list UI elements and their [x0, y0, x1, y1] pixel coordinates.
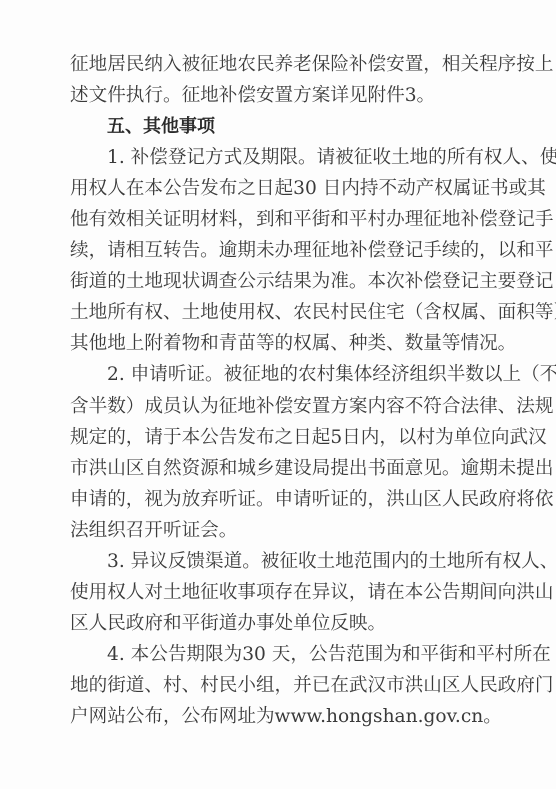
text-line: 地的街道、村、村民小组，并已在武汉市洪山区人民政府门	[70, 670, 480, 701]
text-line: 土地所有权、土地使用权、农民村民住宅（含权属、面积等）、	[70, 297, 480, 328]
text-line: 规定的，请于本公告发布之日起5日内，以村为单位向武汉	[70, 422, 480, 453]
item-objection: 3. 异议反馈渠道。被征收土地范围内的土地所有权人、 使用权人对土地征收事项存在…	[70, 546, 480, 639]
text-line: 其他地上附着物和青苗等的权属、种类、数量等情况。	[70, 328, 480, 359]
text-line: 街道的土地现状调查公示结果为准。本次补偿登记主要登记	[70, 266, 480, 297]
text-line: 区人民政府和平街道办事处单位反映。	[70, 608, 480, 639]
text-line: 用权人在本公告发布之日起30 日内持不动产权属证书或其	[70, 173, 480, 204]
item-hearing: 2. 申请听证。被征地的农村集体经济组织半数以上（不 含半数）成员认为征地补偿安…	[70, 359, 480, 545]
text-line: 述文件执行。征地补偿安置方案详见附件3。	[70, 80, 480, 111]
paragraph-continuation: 征地居民纳入被征地农民养老保险补偿安置，相关程序按上 述文件执行。征地补偿安置方…	[70, 49, 480, 111]
text-line: 市洪山区自然资源和城乡建设局提出书面意见。逾期未提出	[70, 453, 480, 484]
text-line: 使用权人对土地征收事项存在异议，请在本公告期间向洪山	[70, 577, 480, 608]
text-line: 2. 申请听证。被征地的农村集体经济组织半数以上（不	[70, 359, 480, 390]
text-line: 4. 本公告期限为30 天，公告范围为和平街和平村所在	[70, 639, 480, 670]
text-line: 3. 异议反馈渠道。被征收土地范围内的土地所有权人、	[70, 546, 480, 577]
text-line: 法组织召开听证会。	[70, 515, 480, 546]
text-line: 1. 补偿登记方式及期限。请被征收土地的所有权人、使	[70, 142, 480, 173]
text-line: 户网站公布，公布网址为www.hongshan.gov.cn。	[70, 701, 480, 732]
item-registration: 1. 补偿登记方式及期限。请被征收土地的所有权人、使 用权人在本公告发布之日起3…	[70, 142, 480, 359]
item-notice-period: 4. 本公告期限为30 天，公告范围为和平街和平村所在 地的街道、村、村民小组，…	[70, 639, 480, 732]
text-line: 他有效相关证明材料，到和平街和平村办理征地补偿登记手	[70, 204, 480, 235]
text-line: 征地居民纳入被征地农民养老保险补偿安置，相关程序按上	[70, 49, 480, 80]
text-line: 续，请相互转告。逾期未办理征地补偿登记手续的，以和平	[70, 235, 480, 266]
text-line: 申请的，视为放弃听证。申请听证的，洪山区人民政府将依	[70, 484, 480, 515]
text-line: 含半数）成员认为征地补偿安置方案内容不符合法律、法规	[70, 391, 480, 422]
document-page: 征地居民纳入被征地农民养老保险补偿安置，相关程序按上 述文件执行。征地补偿安置方…	[70, 49, 480, 732]
section-heading: 五、其他事项	[70, 111, 480, 142]
